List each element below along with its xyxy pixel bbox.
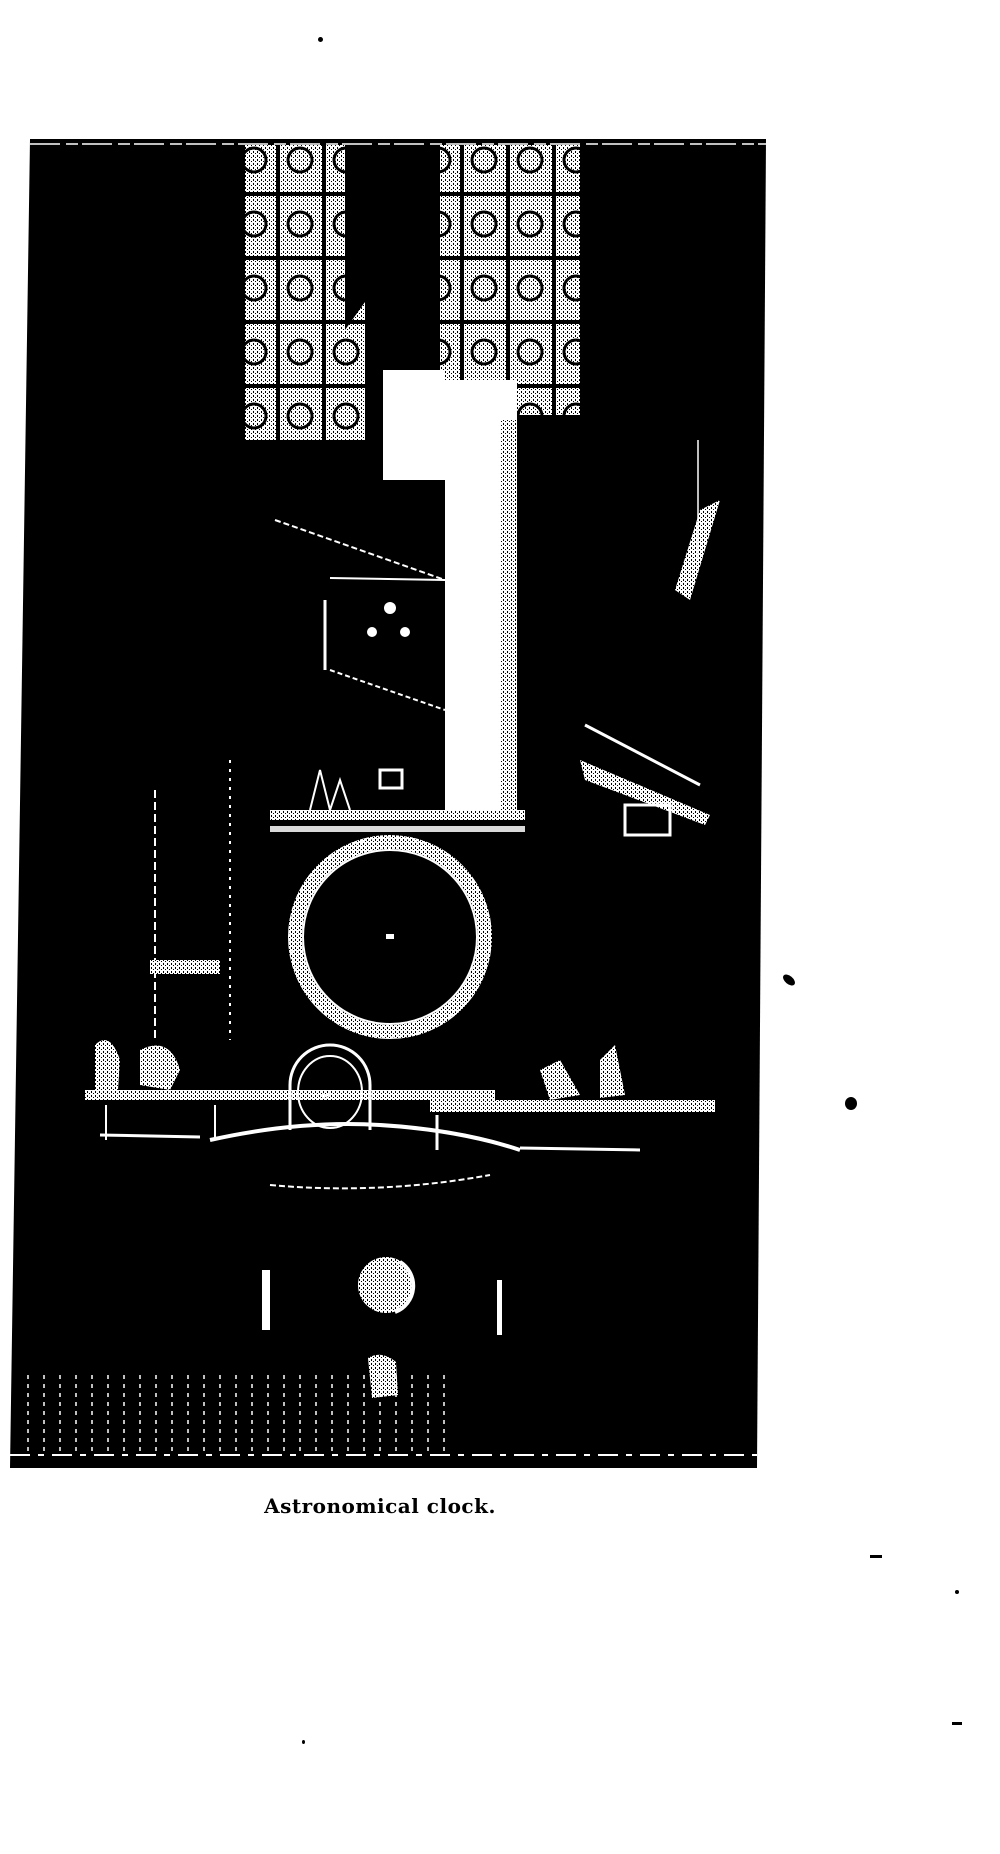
print-speck [955,1590,959,1594]
figure-caption: Astronomical clock. [180,1494,580,1518]
scanned-page: Astronomical clock. [0,0,1000,1854]
print-speck [302,1740,305,1744]
astronomical-clock-photo [0,0,1000,1854]
globe [358,1257,414,1313]
print-speck [952,1722,962,1725]
print-speck [870,1555,882,1558]
print-speck [845,1097,857,1110]
print-speck [318,37,323,42]
pendulum-figure [368,1355,398,1398]
